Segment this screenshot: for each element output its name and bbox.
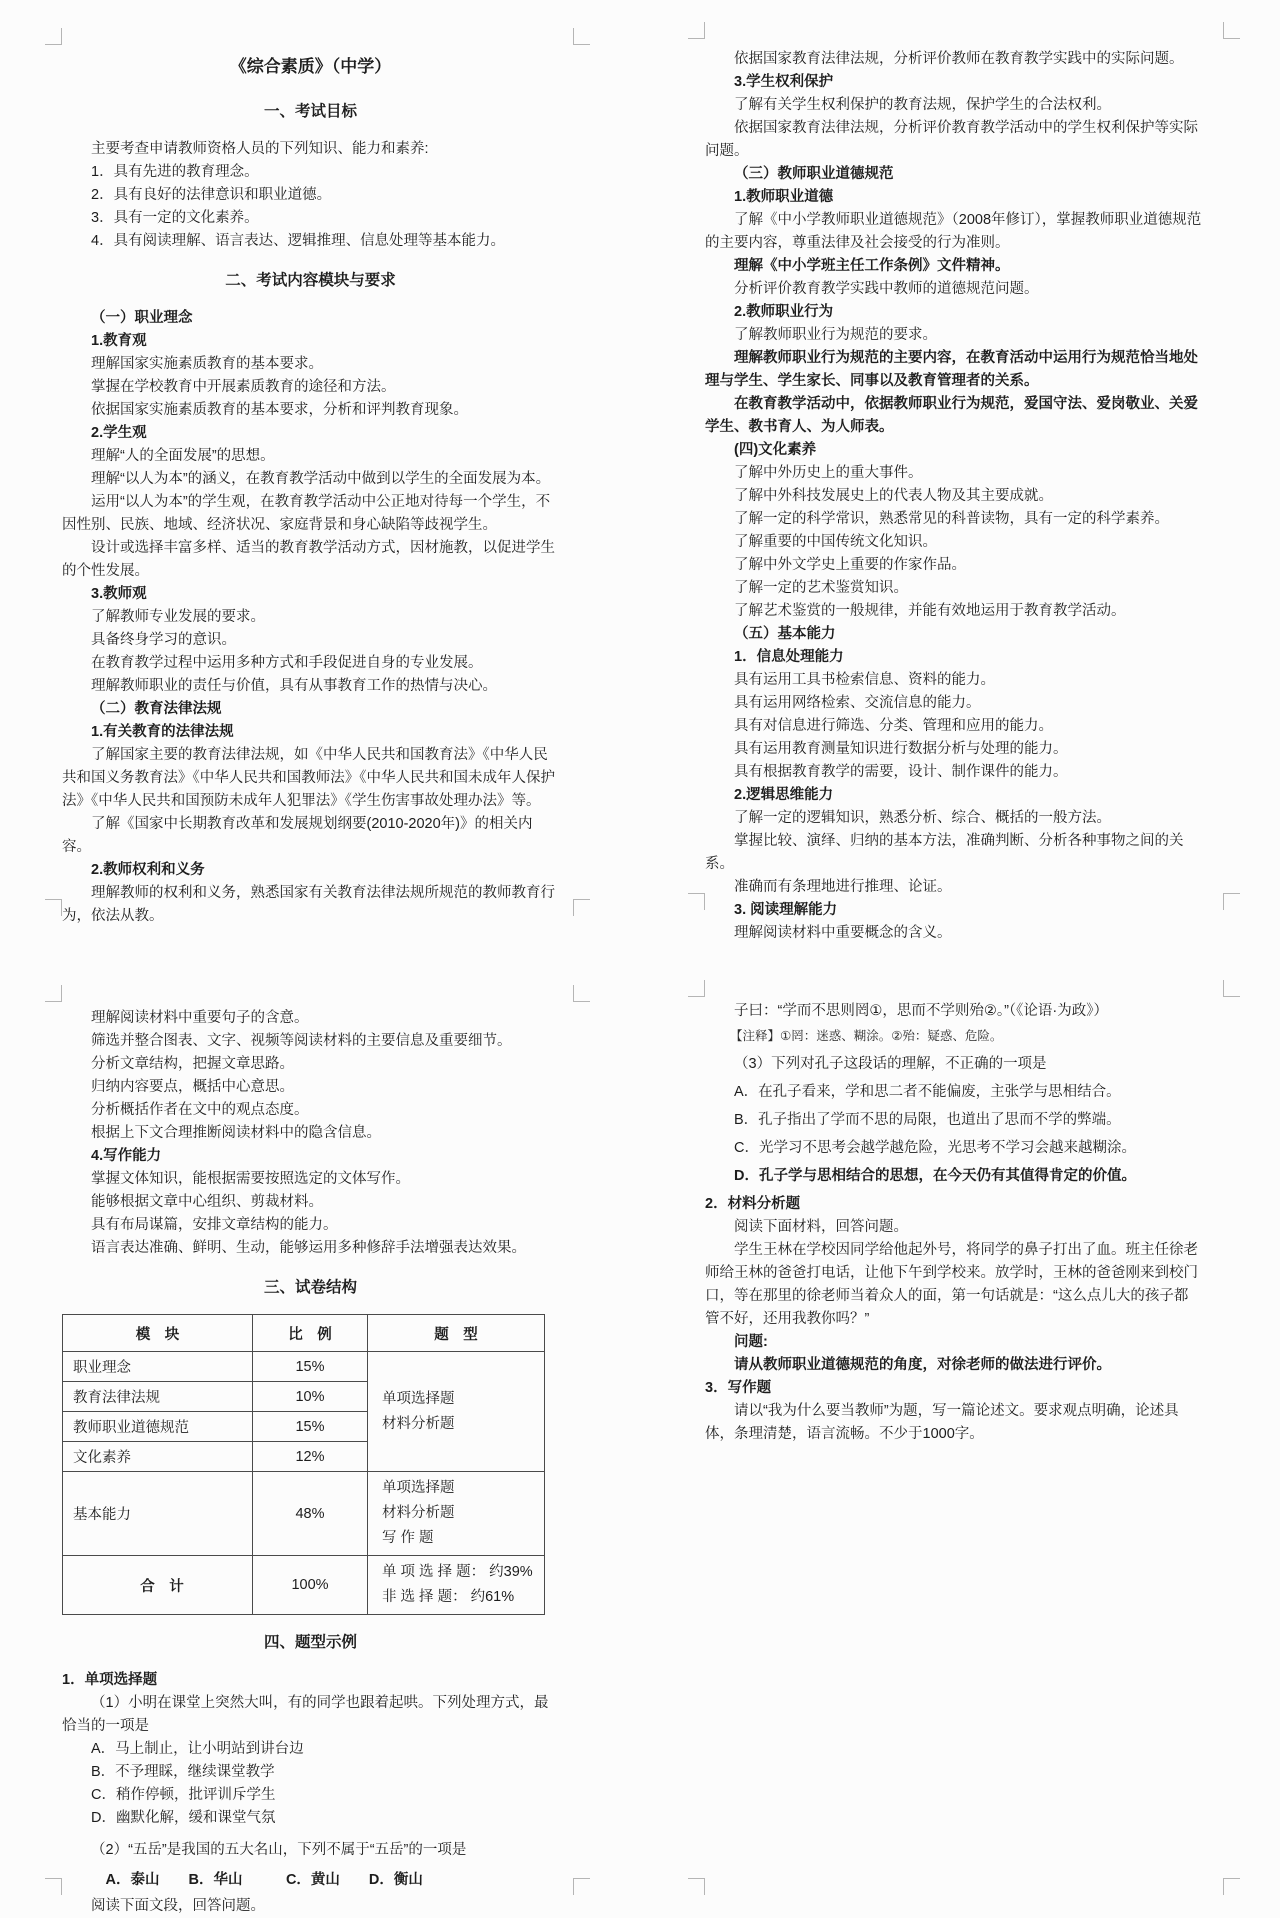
paragraph: 依据国家教育法律法规，分析评价教师在教育教学实践中的实际问题。	[705, 48, 1205, 71]
paragraph: 理解教师的权利和义务，熟悉国家有关教育法律法规所规范的教师教育行为，依法从教。	[62, 882, 559, 928]
paragraph: 理解“以人为本”的涵义，在教育教学活动中做到以学生的全面发展为本。	[62, 468, 559, 491]
table-header-row: 模 块 比 例 题 型	[63, 1315, 545, 1352]
paragraph: 理解阅读材料中重要句子的含意。	[62, 1007, 559, 1030]
page-3-lower-blocks: 四、题型示例1．单项选择题（1）小明在课堂上突然大叫，有的同学也跟着起哄。下列处…	[62, 1631, 559, 1918]
crop-mark-icon	[45, 1878, 62, 1895]
ratio-cell: 48%	[253, 1472, 368, 1556]
paragraph: （五）基本能力	[705, 623, 1205, 646]
paragraph: 3. 阅读理解能力	[705, 899, 1205, 922]
paragraph: 3.学生权利保护	[705, 71, 1205, 94]
qtype-line: 材料分析题	[382, 1501, 544, 1526]
paragraph: 3．具有一定的文化素养。	[62, 207, 559, 230]
qtype-line: 单 项 选 择 题： 约39%	[382, 1560, 544, 1585]
paragraph: 1．单项选择题	[62, 1669, 559, 1692]
table-header-module: 模 块	[63, 1315, 253, 1352]
paragraph: 3．写作题	[705, 1377, 1202, 1400]
module-cell: 职业理念	[63, 1352, 253, 1382]
ratio-cell: 15%	[253, 1412, 368, 1442]
page-1-content: 《综合素质》（中学）一、考试目标主要考查申请教师资格人员的下列知识、能力和素养:…	[62, 54, 559, 928]
qtype-line: 单项选择题	[382, 1476, 544, 1501]
paragraph: 了解国家主要的教育法律法规，如《中华人民共和国教育法》《中华人民共和国义务教育法…	[62, 744, 559, 813]
paragraph: 2．具有良好的法律意识和职业道德。	[62, 184, 559, 207]
exam-structure-table: 模 块 比 例 题 型 职业理念 15% 单项选择题 材料分析题 教育法律法规 …	[62, 1314, 545, 1615]
module-cell: 基本能力	[63, 1472, 253, 1556]
paragraph: A．泰山 B．华山 C．黄山 D．衡山	[62, 1869, 559, 1892]
paragraph: D．孔子学与思相结合的思想，在今天仍有其值得肯定的价值。	[705, 1165, 1202, 1188]
paragraph: 3.教师观	[62, 583, 559, 606]
table-header-ratio: 比 例	[253, 1315, 368, 1352]
paragraph: 具有运用网络检索、交流信息的能力。	[705, 692, 1205, 715]
paragraph: 1.有关教育的法律法规	[62, 721, 559, 744]
module-cell: 教师职业道德规范	[63, 1412, 253, 1442]
paragraph: 了解艺术鉴赏的一般规律，并能有效地运用于教育教学活动。	[705, 600, 1205, 623]
section-heading: 四、题型示例	[62, 1631, 559, 1655]
paragraph: 【注释】①罔：迷惑、糊涂。②殆：疑惑、危险。	[705, 1025, 1202, 1047]
paragraph: 理解教师职业行为规范的主要内容，在教育活动中运用行为规范恰当地处理与学生、学生家…	[705, 347, 1205, 393]
paragraph: 了解教师职业行为规范的要求。	[705, 324, 1205, 347]
ratio-cell: 12%	[253, 1442, 368, 1472]
paragraph: 了解一定的艺术鉴赏知识。	[705, 577, 1205, 600]
paragraph: 理解阅读材料中重要概念的含义。	[705, 922, 1205, 945]
total-cell: 合 计	[63, 1556, 253, 1615]
paragraph: 理解《中小学班主任工作条例》文件精神。	[705, 255, 1205, 278]
paragraph: 阅读下面文段，回答问题。	[62, 1895, 559, 1918]
qtype-line: 写 作 题	[382, 1526, 544, 1551]
paragraph: 阅读下面材料，回答问题。	[705, 1216, 1202, 1239]
paragraph: 理解国家实施素质教育的基本要求。	[62, 353, 559, 376]
paragraph: 具有布局谋篇，安排文章结构的能力。	[62, 1214, 559, 1237]
ratio-cell: 100%	[253, 1556, 368, 1615]
ratio-cell: 15%	[253, 1352, 368, 1382]
paragraph: 了解一定的科学常识，熟悉常见的科普读物，具有一定的科学素养。	[705, 508, 1205, 531]
table-header-qtype: 题 型	[368, 1315, 545, 1352]
qtype-merged-cell: 单项选择题 材料分析题	[368, 1352, 545, 1472]
crop-mark-icon	[688, 22, 705, 39]
paragraph: (四)文化素养	[705, 439, 1205, 462]
paragraph: 1.教育观	[62, 330, 559, 353]
paragraph: 掌握在学校教育中开展素质教育的途径和方法。	[62, 376, 559, 399]
paragraph: 依据国家教育法律法规，分析评价教育教学活动中的学生权利保护等实际问题。	[705, 117, 1205, 163]
paragraph: 1．具有先进的教育理念。	[62, 161, 559, 184]
paragraph: 2．材料分析题	[705, 1193, 1202, 1216]
crop-mark-icon	[573, 28, 590, 45]
page-4-content: 子曰：“学而不思则罔①，思而不学则殆②。”（《论语·为政》）【注释】①罔：迷惑、…	[705, 1000, 1202, 1446]
ratio-cell: 10%	[253, 1382, 368, 1412]
crop-mark-icon	[1223, 980, 1240, 997]
paragraph: 具有运用教育测量知识进行数据分析与处理的能力。	[705, 738, 1205, 761]
paragraph: 了解重要的中国传统文化知识。	[705, 531, 1205, 554]
qtype-line: 材料分析题	[382, 1412, 544, 1437]
crop-mark-icon	[45, 985, 62, 1002]
paragraph: 归纳内容要点，概括中心意思。	[62, 1076, 559, 1099]
paragraph: B．孔子指出了学而不思的局限，也道出了思而不学的弊端。	[705, 1109, 1202, 1132]
page-2-content: 依据国家教育法律法规，分析评价教师在教育教学实践中的实际问题。3.学生权利保护了…	[705, 48, 1205, 945]
paragraph: 2.教师权利和义务	[62, 859, 559, 882]
paragraph: 了解中外文学史上重要的作家作品。	[705, 554, 1205, 577]
page-4: 子曰：“学而不思则罔①，思而不学则殆②。”（《论语·为政》）【注释】①罔：迷惑、…	[688, 980, 1240, 1895]
paragraph: C．光学习不思考会越学越危险，光思考不学习会越来越糊涂。	[705, 1137, 1202, 1160]
paragraph: 学生王林在学校因同学给他起外号，将同学的鼻子打出了血。班主任徐老师给王林的爸爸打…	[705, 1239, 1202, 1331]
crop-mark-icon	[573, 899, 590, 916]
qtype-line: 单项选择题	[382, 1387, 544, 1412]
paragraph: 了解《中小学教师职业道德规范》（2008年修订），掌握教师职业道德规范的主要内容…	[705, 209, 1205, 255]
crop-mark-icon	[45, 899, 62, 916]
crop-mark-icon	[1223, 893, 1240, 910]
paragraph: 2.逻辑思维能力	[705, 784, 1205, 807]
qtype-cell: 单项选择题 材料分析题 写 作 题	[368, 1472, 545, 1556]
page-3: 理解阅读材料中重要句子的含意。筛选并整合图表、文字、视频等阅读材料的主要信息及重…	[45, 985, 590, 1895]
paragraph: （1）小明在课堂上突然大叫，有的同学也跟着起哄。下列处理方式，最恰当的一项是	[62, 1692, 559, 1738]
paragraph: （一）职业理念	[62, 307, 559, 330]
paragraph: 准确而有条理地进行推理、论证。	[705, 876, 1205, 899]
paragraph: 具备终身学习的意识。	[62, 629, 559, 652]
paragraph: 分析评价教育教学实践中教师的道德规范问题。	[705, 278, 1205, 301]
paragraph: （二）教育法律法规	[62, 698, 559, 721]
paragraph: 了解中外科技发展史上的代表人物及其主要成就。	[705, 485, 1205, 508]
section-heading: 二、考试内容模块与要求	[62, 269, 559, 293]
paragraph: 问题:	[705, 1331, 1202, 1354]
paragraph: 了解教师专业发展的要求。	[62, 606, 559, 629]
paragraph: 1．信息处理能力	[705, 646, 1205, 669]
paragraph: 具有运用工具书检索信息、资料的能力。	[705, 669, 1205, 692]
paragraph: （2）“五岳”是我国的五大名山，下列不属于“五岳”的一项是	[62, 1839, 559, 1862]
paragraph: 1.教师职业道德	[705, 186, 1205, 209]
paragraph: 在教育教学活动中，依据教师职业行为规范，爱国守法、爱岗敬业、关爱学生、教书育人、…	[705, 393, 1205, 439]
section-heading: 三、试卷结构	[62, 1276, 559, 1300]
page-3-content: 理解阅读材料中重要句子的含意。筛选并整合图表、文字、视频等阅读材料的主要信息及重…	[62, 1007, 559, 1918]
paragraph: 在教育教学过程中运用多种方式和手段促进自身的专业发展。	[62, 652, 559, 675]
paragraph: 了解有关学生权利保护的教育法规，保护学生的合法权利。	[705, 94, 1205, 117]
paragraph: 具有对信息进行筛选、分类、管理和应用的能力。	[705, 715, 1205, 738]
paragraph: 依据国家实施素质教育的基本要求，分析和评判教育现象。	[62, 399, 559, 422]
paragraph: 子曰：“学而不思则罔①，思而不学则殆②。”（《论语·为政》）	[705, 1000, 1202, 1023]
crop-mark-icon	[1223, 1878, 1240, 1895]
paragraph: 了解《国家中长期教育改革和发展规划纲要(2010-2020年)》的相关内容。	[62, 813, 559, 859]
crop-mark-icon	[688, 893, 705, 910]
table-total-row: 合 计 100% 单 项 选 择 题： 约39% 非 选 择 题： 约61%	[63, 1556, 545, 1615]
crop-mark-icon	[45, 28, 62, 45]
paragraph: （3）下列对孔子这段话的理解，不正确的一项是	[705, 1053, 1202, 1076]
paragraph: 4．具有阅读理解、语言表达、逻辑推理、信息处理等基本能力。	[62, 230, 559, 253]
crop-mark-icon	[1223, 22, 1240, 39]
paragraph: D．幽默化解，缓和课堂气氛	[62, 1807, 559, 1830]
paragraph: 具有根据教育教学的需要，设计、制作课件的能力。	[705, 761, 1205, 784]
paragraph: 语言表达准确、鲜明、生动，能够运用多种修辞手法增强表达效果。	[62, 1237, 559, 1260]
module-cell: 教育法律法规	[63, 1382, 253, 1412]
crop-mark-icon	[688, 980, 705, 997]
page-2: 依据国家教育法律法规，分析评价教师在教育教学实践中的实际问题。3.学生权利保护了…	[688, 22, 1240, 910]
paragraph: 设计或选择丰富多样、适当的教育教学活动方式，因材施教，以促进学生的个性发展。	[62, 537, 559, 583]
paragraph: 能够根据文章中心组织、剪裁材料。	[62, 1191, 559, 1214]
page-3-upper-blocks: 理解阅读材料中重要句子的含意。筛选并整合图表、文字、视频等阅读材料的主要信息及重…	[62, 1007, 559, 1300]
paragraph: 根据上下文合理推断阅读材料中的隐含信息。	[62, 1122, 559, 1145]
paragraph: C．稍作停顿，批评训斥学生	[62, 1784, 559, 1807]
qtype-cell: 单 项 选 择 题： 约39% 非 选 择 题： 约61%	[368, 1556, 545, 1615]
qtype-line: 非 选 择 题： 约61%	[382, 1585, 544, 1610]
paragraph: 分析文章结构，把握文章思路。	[62, 1053, 559, 1076]
paragraph: （三）教师职业道德规范	[705, 163, 1205, 186]
crop-mark-icon	[573, 985, 590, 1002]
paragraph: A．在孔子看来，学和思二者不能偏废，主张学与思相结合。	[705, 1081, 1202, 1104]
table-row: 基本能力 48% 单项选择题 材料分析题 写 作 题	[63, 1472, 545, 1556]
paragraph: 4.写作能力	[62, 1145, 559, 1168]
table-row: 职业理念 15% 单项选择题 材料分析题	[63, 1352, 545, 1382]
paragraph: 2.学生观	[62, 422, 559, 445]
paragraph: 运用“以人为本”的学生观，在教育教学活动中公正地对待每一个学生，不因性别、民族、…	[62, 491, 559, 537]
crop-mark-icon	[688, 1878, 705, 1895]
section-heading: 一、考试目标	[62, 100, 559, 124]
paragraph: 理解“人的全面发展”的思想。	[62, 445, 559, 468]
paragraph: 了解中外历史上的重大事件。	[705, 462, 1205, 485]
paragraph: A．马上制止，让小明站到讲台边	[62, 1738, 559, 1761]
module-cell: 文化素养	[63, 1442, 253, 1472]
paragraph: 掌握文体知识，能根据需要按照选定的文体写作。	[62, 1168, 559, 1191]
paragraph: 筛选并整合图表、文字、视频等阅读材料的主要信息及重要细节。	[62, 1030, 559, 1053]
doc-title: 《综合素质》（中学）	[62, 54, 559, 80]
paragraph: 2.教师职业行为	[705, 301, 1205, 324]
crop-mark-icon	[573, 1878, 590, 1895]
paragraph: 掌握比较、演绎、归纳的基本方法，准确判断、分析各种事物之间的关系。	[705, 830, 1205, 876]
paragraph: 理解教师职业的责任与价值，具有从事教育工作的热情与决心。	[62, 675, 559, 698]
paragraph: 了解一定的逻辑知识，熟悉分析、综合、概括的一般方法。	[705, 807, 1205, 830]
paragraph: 分析概括作者在文中的观点态度。	[62, 1099, 559, 1122]
paragraph: B．不予理睬，继续课堂教学	[62, 1761, 559, 1784]
page-1: 《综合素质》（中学）一、考试目标主要考查申请教师资格人员的下列知识、能力和素养:…	[45, 28, 590, 916]
paragraph: 主要考查申请教师资格人员的下列知识、能力和素养:	[62, 138, 559, 161]
paragraph: 请从教师职业道德规范的角度，对徐老师的做法进行评价。	[705, 1354, 1202, 1377]
paragraph: 请以“我为什么要当教师”为题，写一篇论述文。要求观点明确，论述具体，条理清楚，语…	[705, 1400, 1202, 1446]
